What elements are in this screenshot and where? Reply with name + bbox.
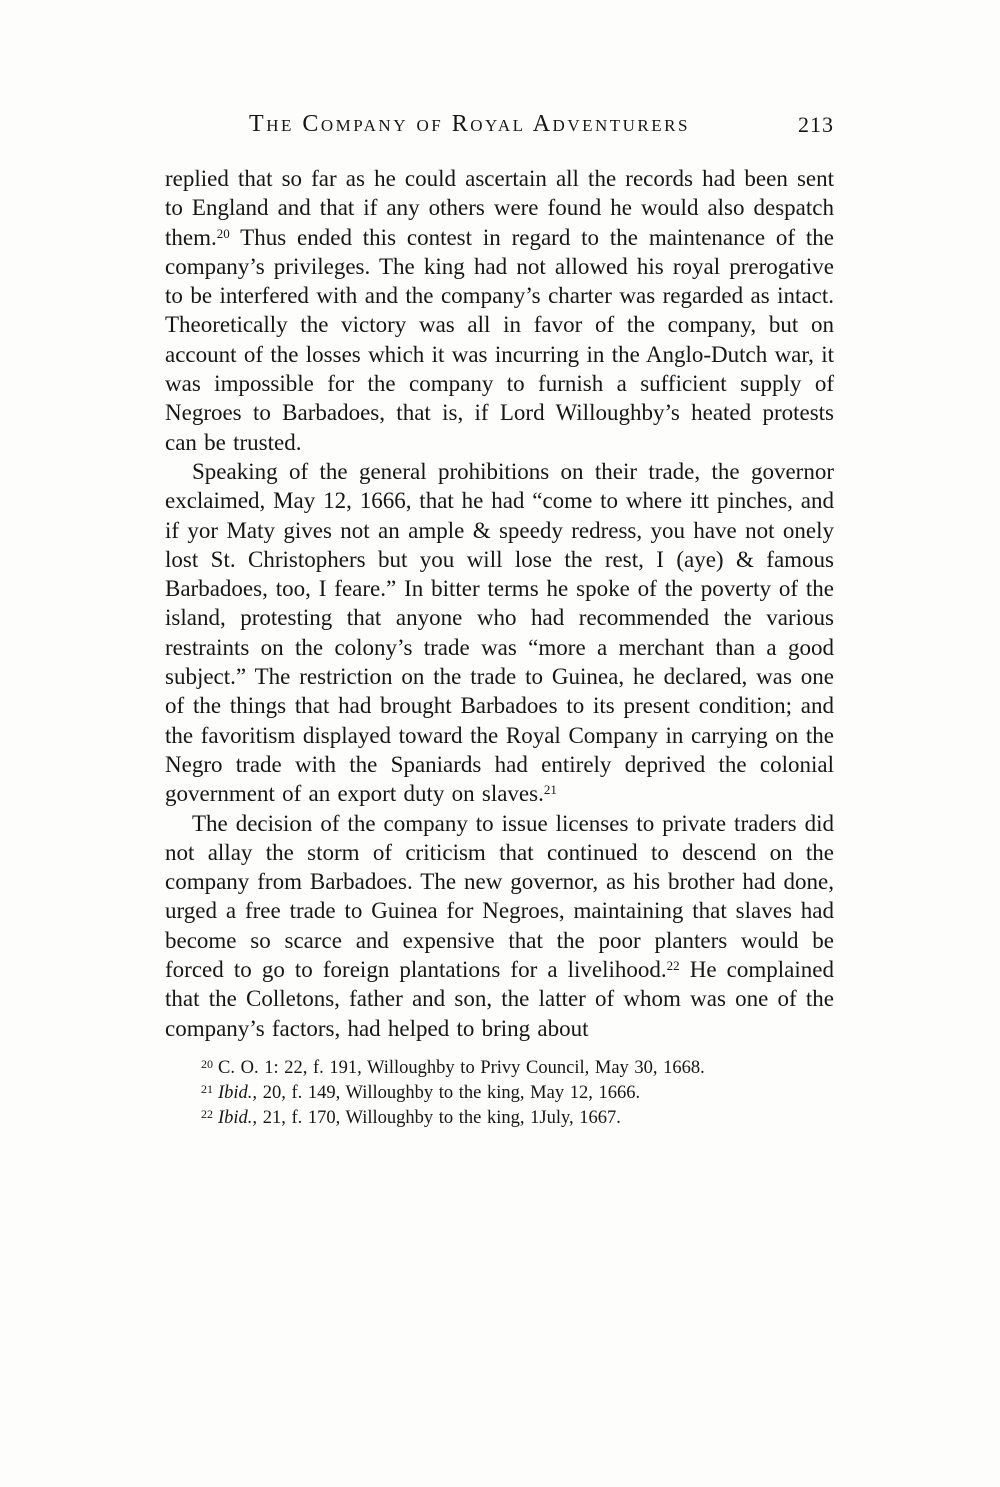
footnote-21: 21Ibid., 20, f. 149, Willoughby to the k…	[165, 1081, 834, 1106]
footnote-22-text: 21, f. 170, Willoughby to the king, 1Jul…	[257, 1108, 621, 1128]
running-head: The Company of Royal Adventurers 213	[165, 111, 834, 141]
footnote-ref-21: 21	[544, 782, 557, 797]
paragraph-1-text-continued: Thus ended this contest in regard to the…	[165, 225, 834, 455]
footnote-ref-22: 22	[667, 958, 680, 973]
book-page: The Company of Royal Adventurers 213 rep…	[0, 0, 1000, 1487]
footnote-22: 22Ibid., 21, f. 170, Willoughby to the k…	[165, 1106, 834, 1131]
footnote-20: 20C. O. 1: 22, f. 191, Willoughby to Pri…	[165, 1056, 834, 1081]
footnote-22-source: Ibid.,	[218, 1108, 257, 1128]
footnote-22-marker: 22	[201, 1107, 213, 1121]
footnotes-section: 20C. O. 1: 22, f. 191, Willoughby to Pri…	[165, 1056, 834, 1132]
footnote-21-text: 20, f. 149, Willoughby to the king, May …	[257, 1083, 640, 1103]
paragraph-2-text: Speaking of the general prohibitions on …	[165, 459, 834, 806]
footnote-21-source: Ibid.,	[218, 1083, 257, 1103]
footnote-20-marker: 20	[201, 1057, 213, 1071]
text-block: The Company of Royal Adventurers 213 rep…	[165, 111, 834, 1132]
page-number: 213	[798, 112, 834, 138]
footnote-20-text: C. O. 1: 22, f. 191, Willoughby to Privy…	[218, 1058, 705, 1078]
footnote-21-marker: 21	[201, 1082, 213, 1096]
body-text: replied that so far as he could ascertai…	[165, 164, 834, 1043]
running-head-title: The Company of Royal Adventurers	[165, 111, 834, 138]
paragraph-2: Speaking of the general prohibitions on …	[165, 457, 834, 809]
footnote-ref-20: 20	[217, 226, 230, 241]
paragraph-1: replied that so far as he could ascertai…	[165, 164, 834, 457]
paragraph-3: The decision of the company to issue lic…	[165, 809, 834, 1043]
